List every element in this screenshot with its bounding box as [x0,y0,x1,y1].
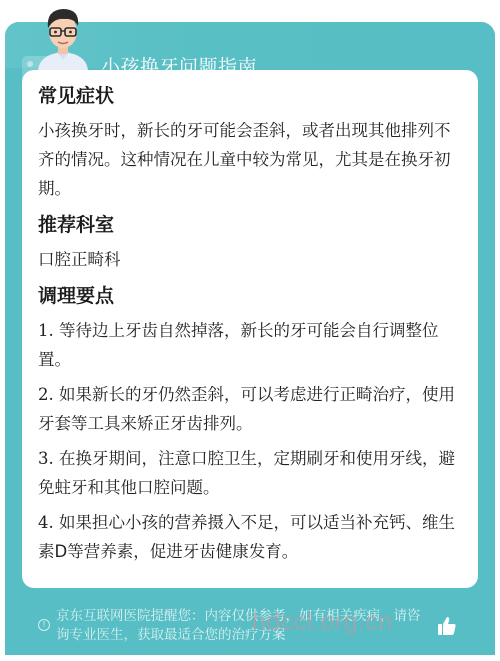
doctor-avatar-icon [28,4,98,70]
list-item: 2. 如果新长的牙仍然歪斜，可以考虑进行正畸治疗，使用牙套等工具来矫正牙齿排列。 [38,380,462,438]
list-item: 3. 在换牙期间，注意口腔卫生，定期刷牙和使用牙线，避免蛀牙和其他口腔问题。 [38,444,462,502]
list-item: 1. 等待边上牙齿自然掉落，新长的牙可能会自行调整位置。 [38,316,462,374]
content-card: 常见症状 小孩换牙时，新长的牙可能会歪斜，或者出现其他排列不齐的情况。这种情况在… [22,70,478,588]
list-item: 4. 如果担心小孩的营养摄入不足，可以适当补充钙、维生素D等营养素，促进牙齿健康… [38,508,462,566]
department-text: 口腔正畸科 [38,245,462,274]
section-title: 常见症状 [38,82,462,110]
section-department: 推荐科室 口腔正畸科 [38,211,462,274]
page: 小孩换牙问题指南 常见症状 小孩换牙时，新长的牙可能会歪斜，或者出现其他排列不齐… [0,0,500,661]
disclaimer-footer: ! 京东互联网医院提醒您：内容仅供参考，如有相关疾病，请咨询专业医生，获取最适合… [22,605,478,645]
info-icon: ! [38,619,50,631]
section-title: 推荐科室 [38,211,462,239]
thumbs-up-icon[interactable] [436,615,458,637]
section-care-tips: 调理要点 1. 等待边上牙齿自然掉落，新长的牙可能会自行调整位置。 2. 如果新… [38,282,462,566]
section-title: 调理要点 [38,282,462,310]
watermark: hdccl.org.cn [252,608,393,637]
section-symptoms: 常见症状 小孩换牙时，新长的牙可能会歪斜，或者出现其他排列不齐的情况。这种情况在… [38,82,462,203]
symptoms-text: 小孩换牙时，新长的牙可能会歪斜，或者出现其他排列不齐的情况。这种情况在儿童中较为… [38,116,462,203]
